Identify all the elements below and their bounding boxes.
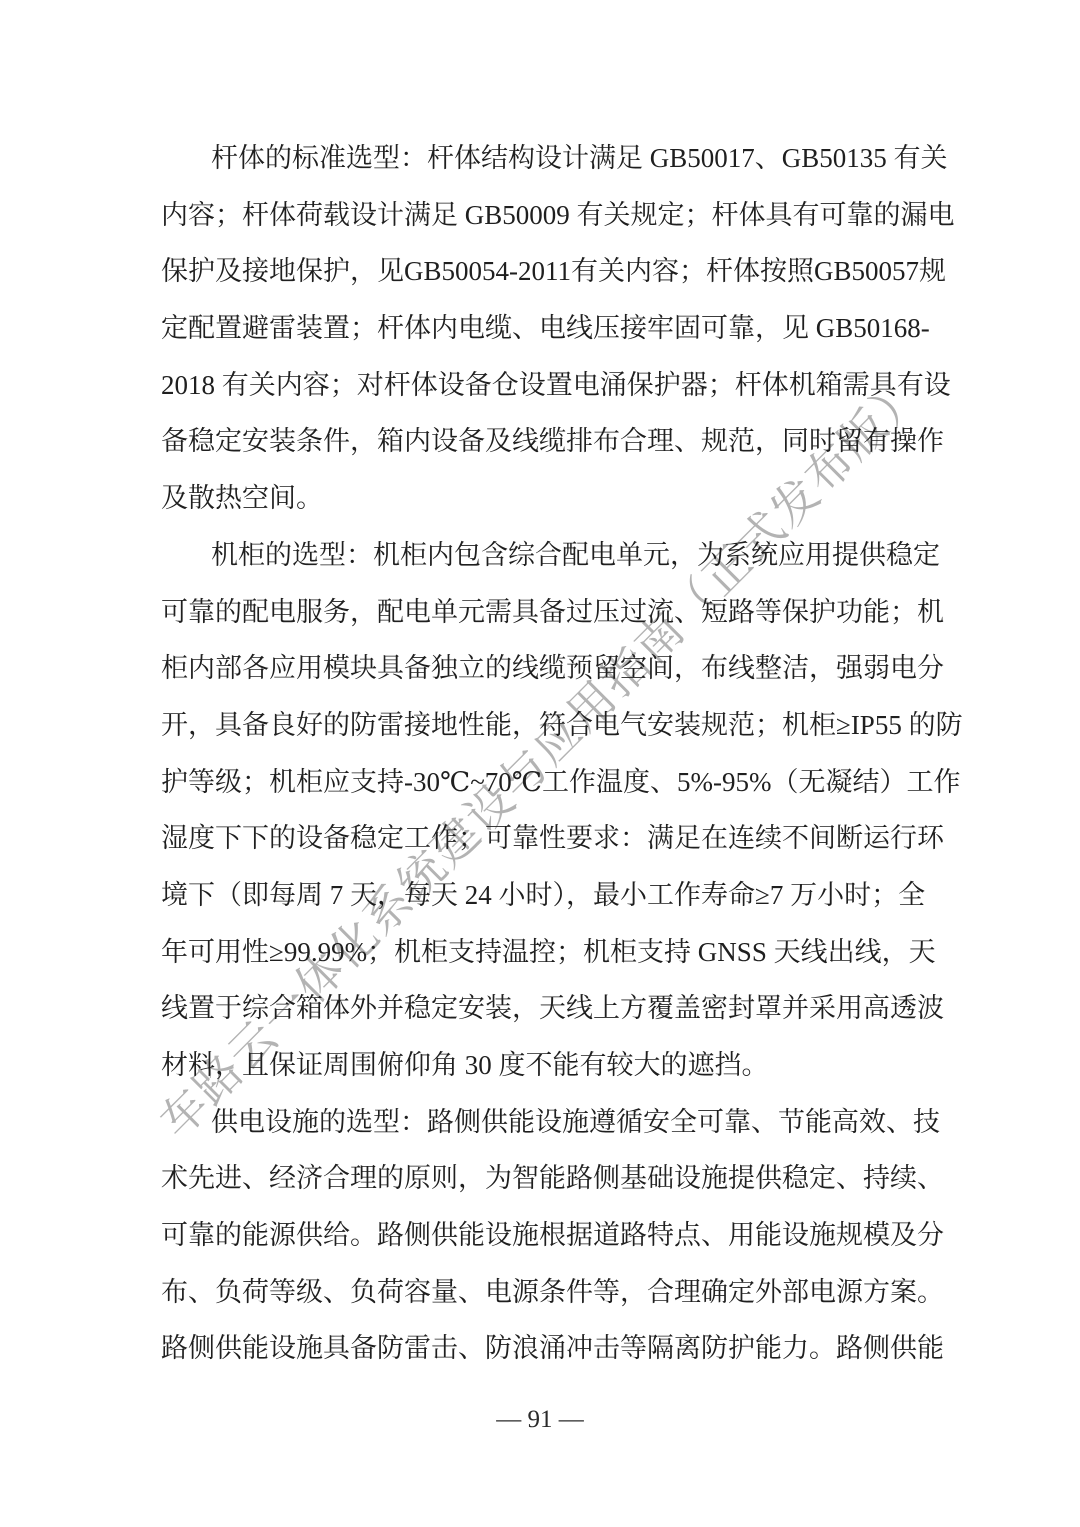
text-line: 线置于综合箱体外并稳定安装，天线上方覆盖密封罩并采用高透波 [161,980,919,1037]
text-line: 可靠的能源供给。路侧供能设施根据道路特点、用能设施规模及分 [161,1207,919,1264]
text-line: 可靠的配电服务，配电单元需具备过压过流、短路等保护功能；机 [161,584,919,641]
paragraph-pole-standard-selection: 杆体的标准选型：杆体结构设计满足 GB50017、GB50135 有关 内容；杆… [161,130,919,527]
paragraph-power-facility-selection: 供电设施的选型：路侧供能设施遵循安全可靠、节能高效、技 术先进、经济合理的原则，… [161,1094,919,1377]
text-line: 保护及接地保护，见GB50054-2011有关内容；杆体按照GB50057规 [161,243,919,300]
text-line: 术先进、经济合理的原则，为智能路侧基础设施提供稳定、持续、 [161,1150,919,1207]
text-line: 机柜的选型：机柜内包含综合配电单元，为系统应用提供稳定 [161,527,919,584]
text-line: 供电设施的选型：路侧供能设施遵循安全可靠、节能高效、技 [161,1094,919,1151]
text-line: 及散热空间。 [161,470,919,527]
text-line: 柜内部各应用模块具备独立的线缆预留空间，布线整洁，强弱电分 [161,640,919,697]
text-line: 开，具备良好的防雷接地性能，符合电气安装规范；机柜≥IP55 的防 [161,697,919,754]
text-line: 路侧供能设施具备防雷击、防浪涌冲击等隔离防护能力。路侧供能 [161,1320,919,1377]
text-line: 护等级；机柜应支持-30℃~70℃工作温度、5%-95%（无凝结）工作 [161,754,919,811]
text-line: 定配置避雷装置；杆体内电缆、电线压接牢固可靠，见 GB50168- [161,300,919,357]
paragraph-cabinet-selection: 机柜的选型：机柜内包含综合配电单元，为系统应用提供稳定 可靠的配电服务，配电单元… [161,527,919,1094]
text-line: 杆体的标准选型：杆体结构设计满足 GB50017、GB50135 有关 [161,130,919,187]
text-line: 内容；杆体荷载设计满足 GB50009 有关规定；杆体具有可靠的漏电 [161,187,919,244]
body-text: 杆体的标准选型：杆体结构设计满足 GB50017、GB50135 有关 内容；杆… [161,130,919,1377]
text-line: 布、负荷等级、负荷容量、电源条件等，合理确定外部电源方案。 [161,1264,919,1321]
document-page: 车路云一体化系统建设与应用指南（正式发布版） 杆体的标准选型：杆体结构设计满足 … [0,0,1080,1527]
text-line: 材料，且保证周围俯仰角 30 度不能有较大的遮挡。 [161,1037,919,1094]
text-line: 境下（即每周 7 天，每天 24 小时），最小工作寿命≥7 万小时；全 [161,867,919,924]
text-line: 2018 有关内容；对杆体设备仓设置电涌保护器；杆体机箱需具有设 [161,357,919,414]
page-number: — 91 — [0,1404,1080,1436]
text-line: 备稳定安装条件，箱内设备及线缆排布合理、规范，同时留有操作 [161,413,919,470]
text-line: 年可用性≥99.99%；机柜支持温控；机柜支持 GNSS 天线出线，天 [161,924,919,981]
text-line: 湿度下下的设备稳定工作；可靠性要求：满足在连续不间断运行环 [161,810,919,867]
